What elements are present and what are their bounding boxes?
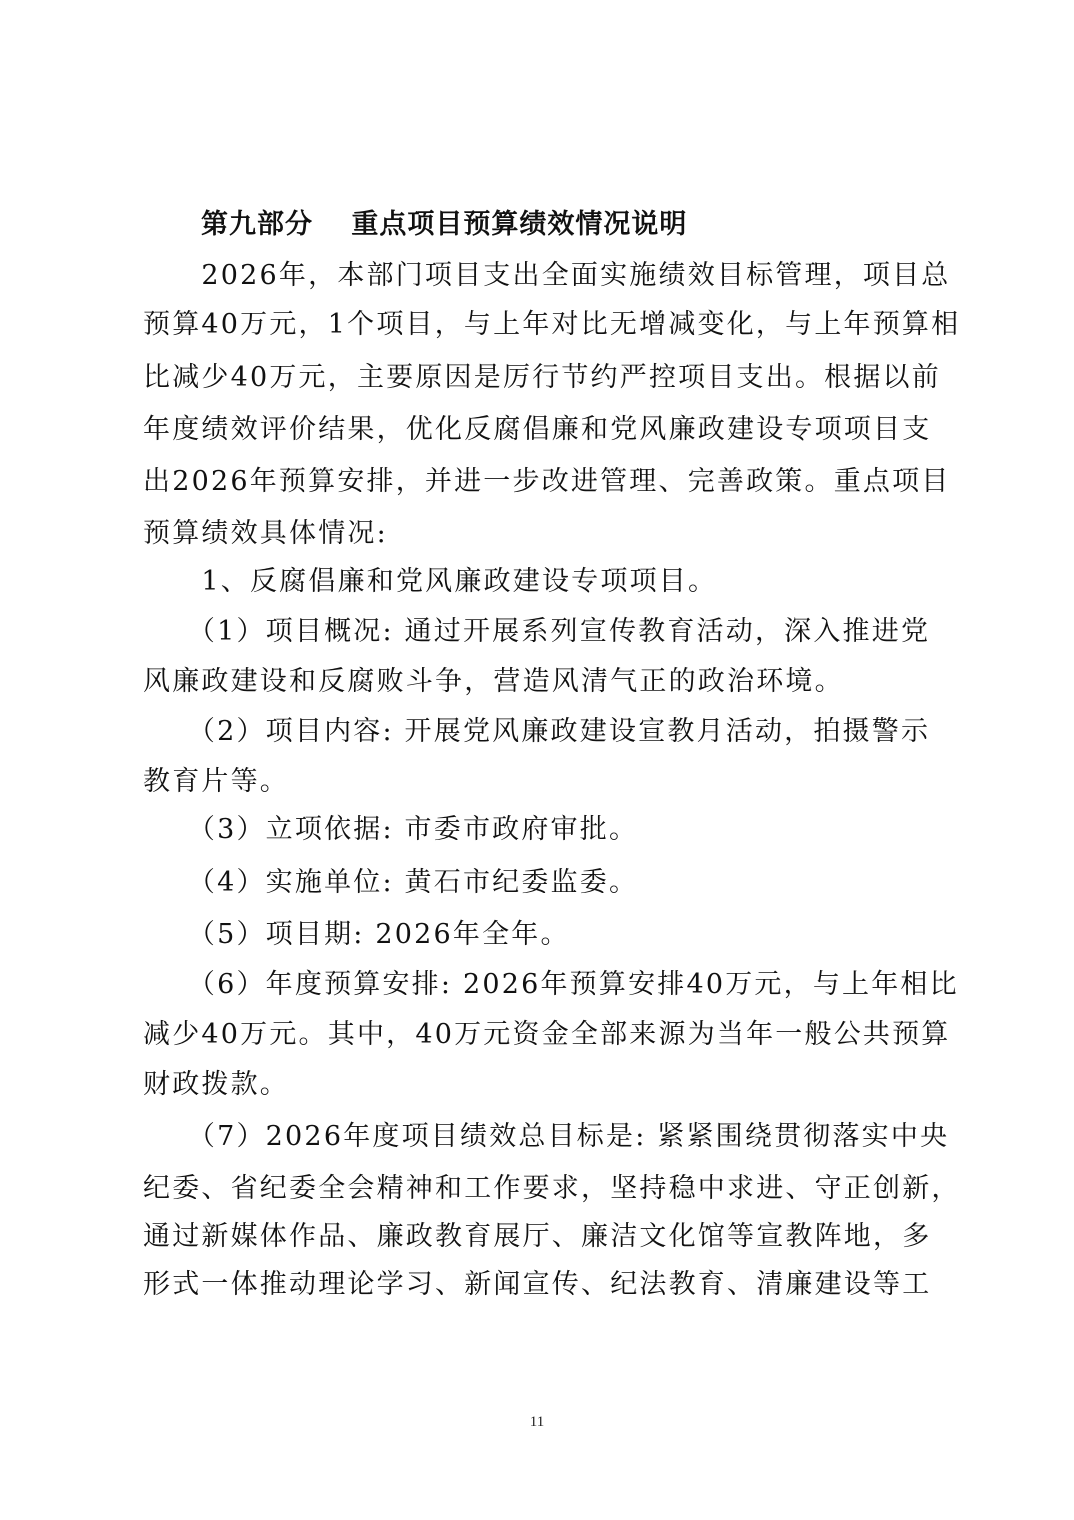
paragraph-line: （3）立项依据: 市委市政府审批。 (143, 803, 638, 857)
paragraph-line: （7）2026年度项目绩效总目标是: 紧紧围绕贯彻落实中央 (143, 1110, 949, 1164)
paragraph-line: （1）项目概况: 通过开展系列宣传教育活动，深入推进党 (143, 605, 930, 659)
paragraph-line: （2）项目内容: 开展党风廉政建设宣教月活动，拍摄警示 (143, 705, 930, 759)
document-page: 第九部分 重点项目预算绩效情况说明 2026年，本部门项目支出全面实施绩效目标管… (0, 0, 1074, 1520)
paragraph-line: 比减少40万元，主要原因是厉行节约严控项目支出。根据以前 (143, 351, 941, 405)
paragraph-line: 预算绩效具体情况: (143, 507, 388, 561)
paragraph-line: 年度绩效评价结果，优化反腐倡廉和党风廉政建设专项项目支 (143, 403, 931, 457)
paragraph-line: 风廉政建设和反腐败斗争，营造风清气正的政治环境。 (143, 655, 844, 709)
paragraph-line: （5）项目期: 2026年全年。 (143, 908, 570, 962)
paragraph-line: 纪委、省纪委全会精神和工作要求，坚持稳中求进、守正创新， (143, 1162, 961, 1216)
paragraph-line: （4）实施单位: 黄石市纪委监委。 (143, 856, 638, 910)
paragraph-line: 通过新媒体作品、廉政教育展厅、廉洁文化馆等宣教阵地，多 (143, 1210, 931, 1264)
page-number: 11 (0, 1414, 1074, 1431)
paragraph-line: 预算40万元，1个项目，与上年对比无增减变化，与上年预算相 (143, 298, 960, 352)
paragraph-line: 财政拨款。 (143, 1058, 289, 1112)
paragraph-line: 出2026年预算安排，并进一步改进管理、完善政策。重点项目 (143, 455, 951, 509)
paragraph-line: 减少40万元。其中，40万元资金全部来源为当年一般公共预算 (143, 1008, 951, 1062)
paragraph-line: 形式一体推动理论学习、新闻宣传、纪法教育、清廉建设等工 (143, 1258, 931, 1312)
section-title: 第九部分 重点项目预算绩效情况说明 (201, 198, 687, 252)
paragraph-line: （6）年度预算安排: 2026年预算安排40万元，与上年相比 (143, 958, 959, 1012)
item-heading: 1、反腐倡廉和党风廉政建设专项项目。 (143, 555, 717, 609)
paragraph-line: 2026年，本部门项目支出全面实施绩效目标管理，项目总 (143, 249, 951, 303)
paragraph-line: 教育片等。 (143, 755, 289, 809)
